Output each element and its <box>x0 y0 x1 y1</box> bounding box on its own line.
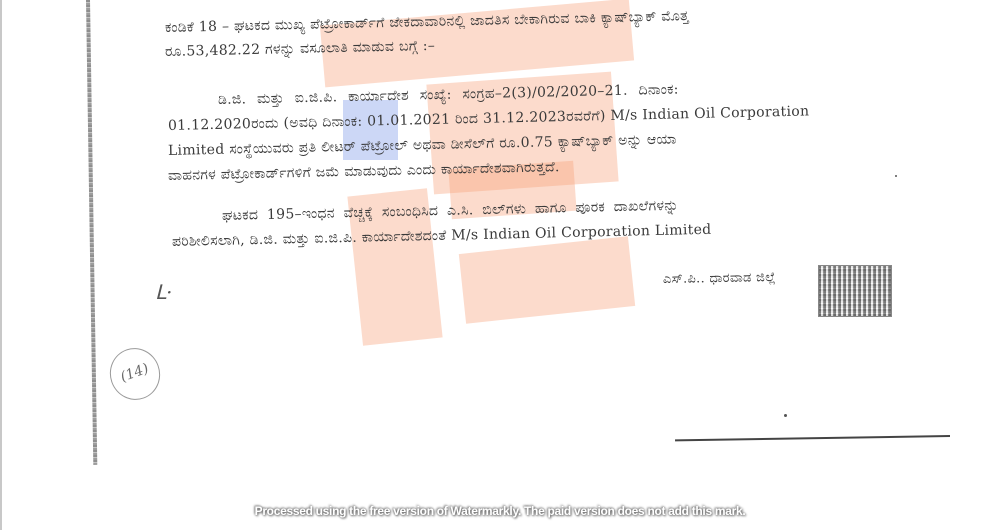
order-line-3: Limited ಸಂಸ್ಥೆಯುವರು ಪ್ರತಿ ಲೀಟರ್ ಪೆಟ್ರೋಲ್… <box>168 131 677 159</box>
scanned-binding-edge <box>86 0 97 465</box>
viewer-left-edge <box>0 0 2 530</box>
finding-line-1: ಘಟಕದ 195–ಇಂಧನ ವೆಚ್ಚಕ್ಕೆ ಸಂಬಂಧಿಸಿದ ಎ.ಸಿ. … <box>222 198 679 224</box>
scan-speck <box>784 414 787 417</box>
page-number-stamp: (14) <box>103 341 168 407</box>
heading-line-2: ರೂ.53,482.22 ಗಳನ್ನು ವಸೂಲಾತಿ ಮಾಡುವ ಬಗ್ಗೆ … <box>165 38 435 60</box>
finding-line-2: ಪರಿಶೀಲಿಸಲಾಗಿ, ಡಿ.ಜಿ. ಮತ್ತು ಐ.ಜಿ.ಪಿ. ಕಾರ್… <box>172 222 712 250</box>
heading-line-1: ಕಂಡಿಕೆ 18 – ಘಟಕದ ಮುಖ್ಯ ಪೆಟ್ರೋಕಾರ್ಡ್‌ಗೆ ಜ… <box>165 8 689 36</box>
order-line-4: ವಾಹನಗಳ ಪೆಟ್ರೋಕಾರ್ಡ್‌ಗಳಿಗೆ ಜಮೆ ಮಾಡುವುದು ಎ… <box>168 159 560 184</box>
margin-initial-mark: ᒪ· <box>155 280 173 304</box>
office-label: ಎಸ್.ಪಿ.. ಧಾರವಾಡ ಜಿಲ್ಲೆ <box>663 270 776 287</box>
watermark-overlay-lower-block <box>459 236 635 323</box>
qr-code-stamp <box>818 265 892 317</box>
watermark-text: Processed using the free version of Wate… <box>0 504 1000 518</box>
bottom-rule-line <box>675 435 950 441</box>
order-line-2: 01.12.2020ರಂದು (ಅವಧಿ ದಿನಾಂಕ: 01.01.2021 … <box>168 103 810 134</box>
scan-speck <box>895 175 897 177</box>
order-line-1: ಡಿ.ಜಿ. ಮತ್ತು ಐ.ಜಿ.ಪಿ. ಕಾರ್ಯಾದೇಶ ಸಂಖ್ಯೆ: … <box>218 82 679 108</box>
